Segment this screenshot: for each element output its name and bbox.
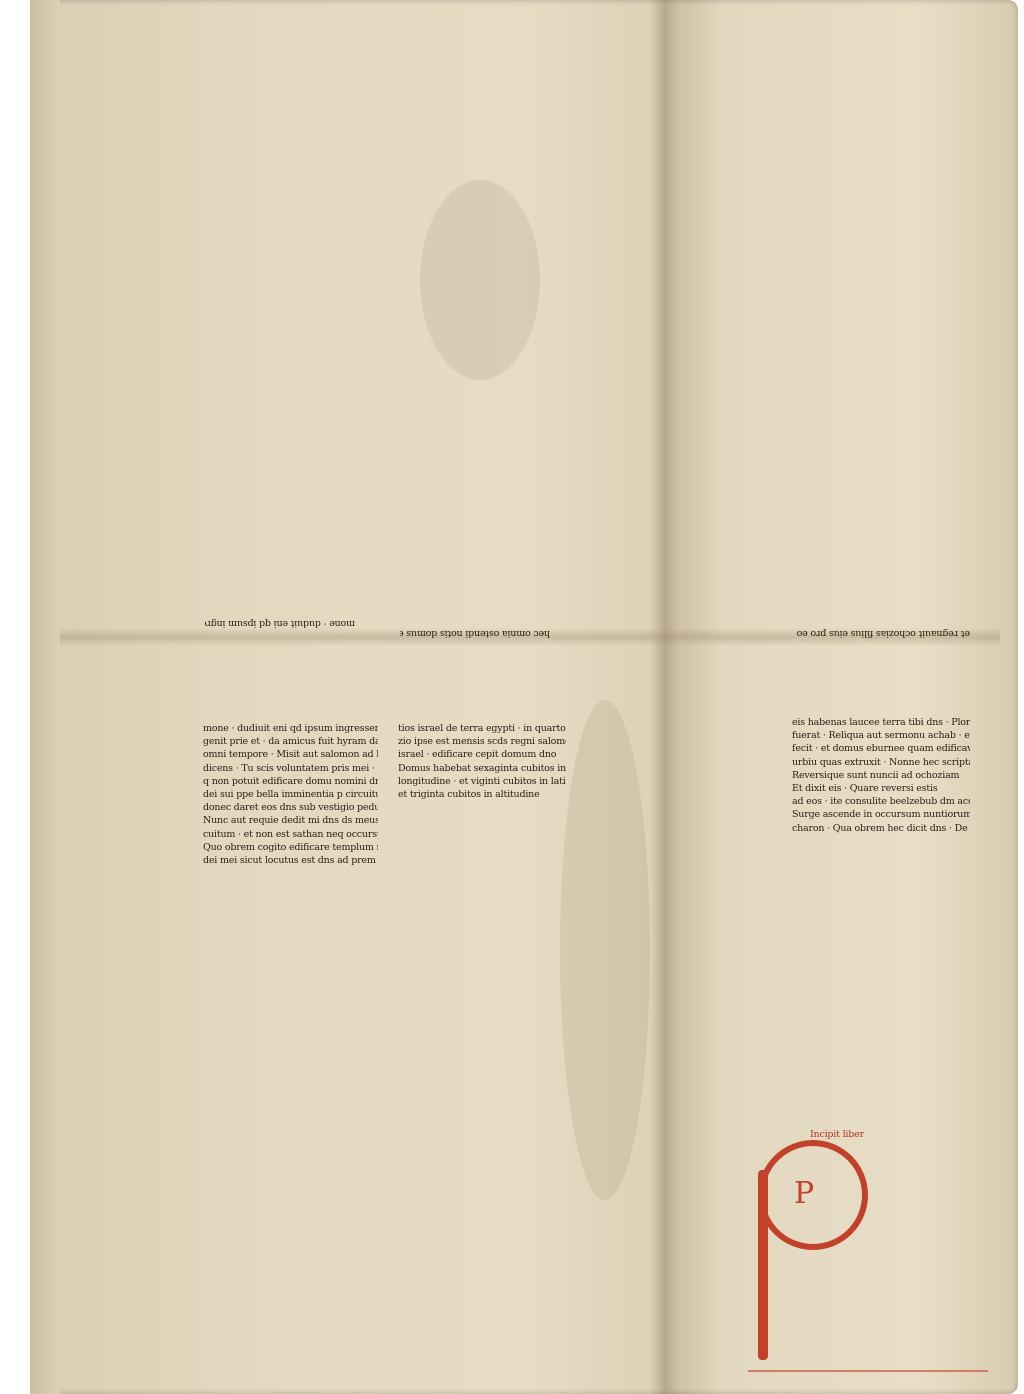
text-line: Reversique sunt nuncii ad ochoziam: [792, 769, 970, 782]
text-line: omni tempore · Misit aut salomon ad hyra: [203, 748, 378, 761]
pen-flourish: [748, 1370, 988, 1372]
text-line: hec omnia ostendi notis domus eius qui t…: [400, 627, 550, 640]
text-line: donec daret eos dns sub vestigio pedu ei…: [203, 801, 378, 814]
text-line: zio ipse est mensis scds regni salomonis…: [398, 735, 566, 748]
stain: [560, 700, 650, 1200]
text-line: ad eos · ite consulite beelzebub dm acch…: [792, 795, 970, 808]
upper-text-column-3: et regnauit ochozias filius eius pro eo: [790, 50, 970, 640]
text-line: urbiu quas extruxit · Nonne hec scripta …: [792, 756, 970, 769]
text-line: Et dixit eis · Quare reversi estis: [792, 782, 970, 795]
text-line: q non potuit edificare domu nomini dni: [203, 775, 378, 788]
lower-text-column-1: mone · dudiuit eni qd ipsum ingressere t…: [203, 722, 378, 1342]
text-line: cuitum · et non est sathan neq occursus …: [203, 828, 378, 841]
text-line: Domus habebat sexaginta cubitos in: [398, 762, 566, 775]
text-line: tios israel de terra egypti · in quarto …: [398, 722, 566, 735]
text-line: israel · edificare cepit domum dno: [398, 748, 566, 761]
lower-text-column-3: eis habenas laucee terra tibi dns · Plor…: [792, 716, 970, 1136]
upper-text-column-2: hec omnia ostendi notis domus eius qui t…: [400, 20, 550, 640]
text-line: mone · dudiuit eni qd ipsum ingressere t…: [203, 722, 378, 735]
upper-text-column-1: mone · duduit eni qd ipsum ingressere te…: [205, 20, 355, 630]
text-line: fecit · et domus eburnee quam edificavit…: [792, 742, 970, 755]
text-line: mone · duduit eni qd ipsum ingressere te…: [205, 617, 355, 630]
text-line: dicens · Tu scis voluntatem pris mei · e…: [203, 762, 378, 775]
text-line: genit prie et · da amicus fuit hyram dav…: [203, 735, 378, 748]
text-line: eis habenas laucee terra tibi dns · Plor…: [792, 716, 970, 729]
binding-spine-edge: [30, 0, 60, 1394]
text-line: charon · Qua obrem hec dicit dns · De le…: [792, 822, 970, 835]
lower-text-column-2: tios israel de terra egypti · in quarto …: [398, 722, 566, 1342]
text-line: fuerat · Reliqua aut sermonu achab · et …: [792, 729, 970, 742]
initial-letter: P: [794, 1176, 814, 1211]
text-line: longitudine · et viginti cubitos in lati…: [398, 775, 566, 788]
text-line: et regnauit ochozias filius eius pro eo: [790, 627, 970, 640]
initial-stem: [758, 1170, 768, 1360]
text-line: dei sui ppe bella imminentia p circuitum: [203, 788, 378, 801]
decorated-initial: P: [748, 1140, 868, 1370]
text-line: Nunc aut requie dedit mi dns ds meus p c…: [203, 814, 378, 827]
text-line: Quo obrem cogito edificare templum noi d…: [203, 841, 378, 854]
text-line: dei mei sicut locutus est dns ad prem me…: [203, 854, 378, 867]
text-line: Surge ascende in occursum nuntiorum regi…: [792, 808, 970, 821]
text-line: et triginta cubitos in altitudine: [398, 788, 566, 801]
vertical-fold-crease: [650, 0, 680, 1394]
